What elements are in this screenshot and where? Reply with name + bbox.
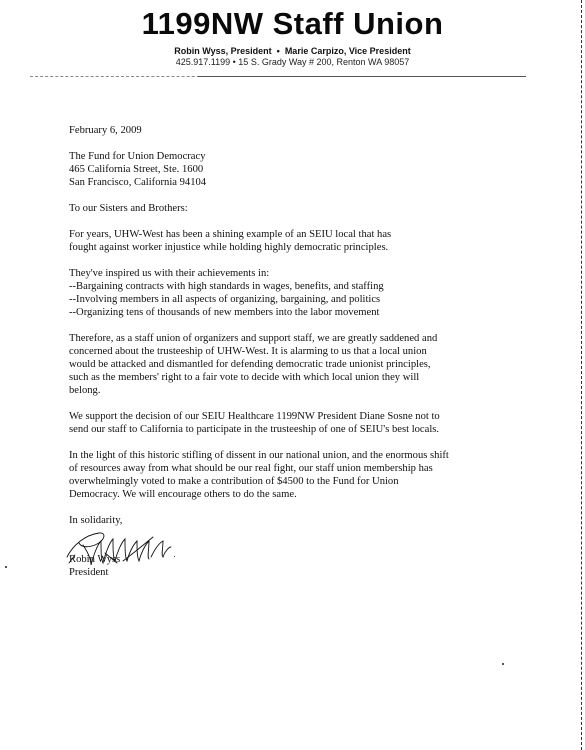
achievement-item: --Involving members in all aspects of or… [69,293,539,306]
paragraph-2-achievements: They've inspired us with their achieveme… [69,267,539,319]
paragraph-5: In the light of this historic stifling o… [69,449,539,501]
closing: In solidarity, [69,514,539,527]
letterhead-officers: Robin Wyss, President•Marie Carpizo, Vic… [0,46,585,57]
recipient-address: The Fund for Union Democracy 465 Califor… [69,150,539,189]
scan-speck [5,566,7,568]
paragraph-line: In the light of this historic stifling o… [69,449,539,462]
letter-date: February 6, 2009 [69,124,539,137]
paragraph-line: fought against worker injustice while ho… [69,241,539,254]
letterhead-divider [198,76,526,77]
paragraph-4: We support the decision of our SEIU Heal… [69,410,539,436]
achievement-item: --Organizing tens of thousands of new me… [69,306,539,319]
paragraph-line: We support the decision of our SEIU Heal… [69,410,539,423]
bullet-separator: • [272,46,285,56]
paragraph-line: Therefore, as a staff union of organizer… [69,332,539,345]
paragraph-line: send our staff to California to particip… [69,423,539,436]
achievement-item: --Bargaining contracts with high standar… [69,280,539,293]
paragraph-line: would be attacked and dismantled for def… [69,358,539,371]
paragraph-line: belong. [69,384,539,397]
paragraph-line: Democracy. We will encourage others to d… [69,488,539,501]
paragraph-line: such as the members' right to a fair vot… [69,371,539,384]
scan-edge-artifact [581,0,582,750]
paragraph-line: They've inspired us with their achieveme… [69,267,539,280]
paragraph-1: For years, UHW-West has been a shining e… [69,228,539,254]
letterhead-divider-faint [30,76,220,77]
paragraph-line: of resources away from what should be ou… [69,462,539,475]
letterhead-title: 1199NW Staff Union [0,6,585,42]
paragraph-line: For years, UHW-West has been a shining e… [69,228,539,241]
letter-page: 1199NW Staff Union Robin Wyss, President… [0,0,585,750]
recipient-name: The Fund for Union Democracy [69,150,539,163]
letterhead-contact: 425.917.1199 • 15 S. Grady Way # 200, Re… [0,57,585,68]
signer-name: Robin Wyss [69,553,539,566]
salutation: To our Sisters and Brothers: [69,202,539,215]
letter-body: February 6, 2009 The Fund for Union Demo… [69,124,539,579]
recipient-street: 465 California Street, Ste. 1600 [69,163,539,176]
officer-president: Robin Wyss, President [174,46,271,56]
scan-speck [502,663,504,665]
officer-vice-president: Marie Carpizo, Vice President [285,46,411,56]
paragraph-line: concerned about the trusteeship of UHW-W… [69,345,539,358]
paragraph-line: overwhelmingly voted to make a contribut… [69,475,539,488]
recipient-city: San Francisco, California 94104 [69,176,539,189]
paragraph-3: Therefore, as a staff union of organizer… [69,332,539,397]
